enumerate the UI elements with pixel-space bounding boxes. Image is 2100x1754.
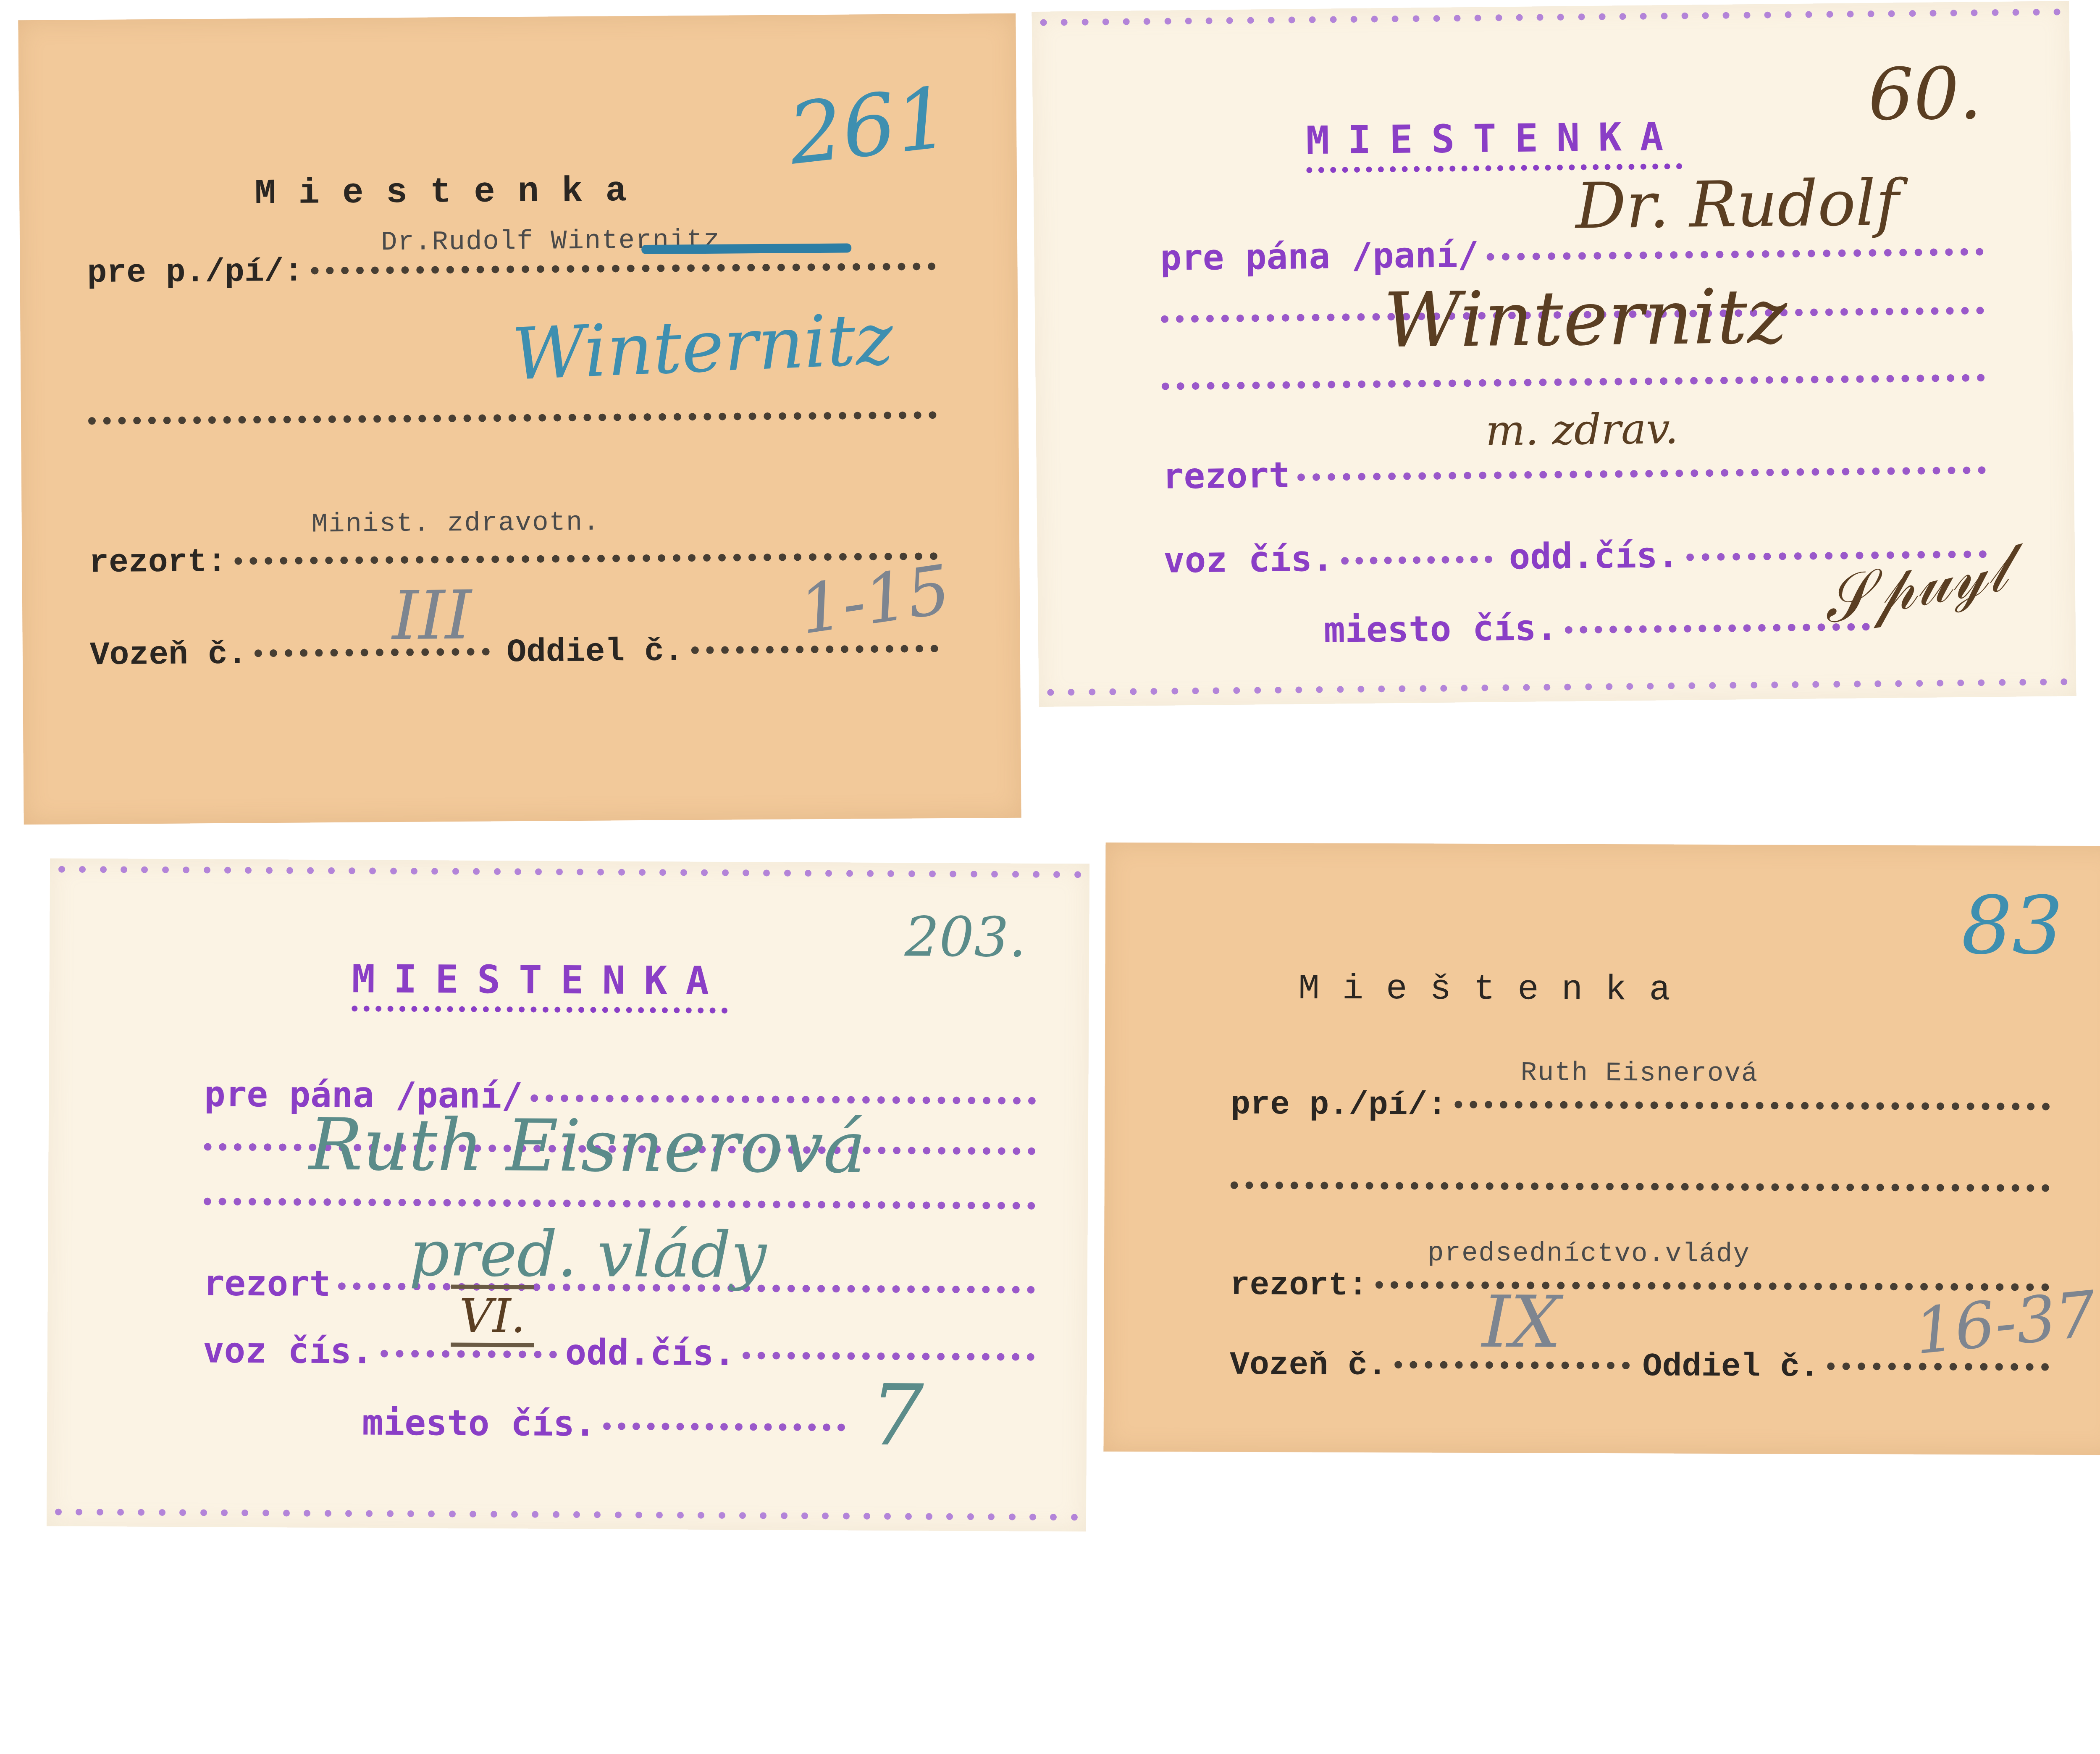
dotted-line (204, 1197, 1035, 1209)
handwritten-seat-number: 7 (870, 1367, 924, 1465)
perforation-dot (1420, 685, 1426, 692)
perforation-dot (349, 867, 355, 874)
perforation-dot (1785, 11, 1791, 18)
perforation-dot (843, 1512, 850, 1519)
perforation-dot (532, 1511, 538, 1518)
perforation-dot (1399, 685, 1405, 692)
seat-ticket-card-4: 83 Mieštenka pre p./pí/: Ruth Eisnerová … (1103, 843, 2100, 1455)
perforation-dot (553, 1511, 559, 1518)
perforation-dot (615, 1512, 622, 1518)
perforation-dot (390, 868, 397, 874)
perforation-dot (1957, 680, 1964, 686)
card-title: Miestenka (255, 171, 649, 214)
field-pre: pre p./pí/: (1231, 1087, 2050, 1126)
perforation-dot (387, 1510, 394, 1517)
perforation-dot (1929, 10, 1936, 16)
perforation-dot (1008, 1514, 1015, 1520)
perforation-dot (1647, 683, 1654, 690)
perforation-dot (1029, 1514, 1036, 1520)
perforation-dot (950, 871, 956, 877)
dotted-line (88, 411, 937, 425)
card-title: MIESTENKA (1306, 114, 1682, 173)
perforation-dot (511, 1511, 518, 1518)
perforation-dot (1012, 871, 1019, 878)
perforation-dot (718, 1512, 725, 1519)
perforation-dot (121, 866, 127, 873)
perforation-dot (224, 867, 231, 874)
perforation-dot (1681, 13, 1688, 19)
perforation-dot (1130, 688, 1137, 695)
perforation-dot (494, 868, 501, 875)
dotted-line (311, 263, 935, 274)
perforation-dot (283, 1510, 290, 1516)
perforation-dot (1874, 680, 1881, 687)
perforation-top (58, 866, 1081, 882)
field-label: pre p./pí/: (87, 254, 303, 292)
field-rezort: rezort (1162, 447, 1986, 497)
perforation-dot (221, 1510, 228, 1516)
typed-rezort: predsedníctvo.vlády (1428, 1238, 1750, 1270)
field-pre-continued (1231, 1187, 2050, 1198)
perforation-dot (1337, 686, 1344, 693)
perforation-dot (784, 870, 791, 877)
perforation-dot (739, 1512, 746, 1519)
perforation-dot (801, 1512, 808, 1519)
perforation-dot (1040, 19, 1047, 26)
perforation-dot (1213, 687, 1219, 694)
perforation-dot (556, 869, 563, 875)
perforation-dot (79, 866, 86, 873)
perforation-dot (1854, 680, 1861, 687)
perforation-dot (825, 870, 832, 877)
perforation-dot (2019, 679, 2026, 685)
seat-ticket-card-1: 261 Miestenka pre p./pí/: Dr.Rudolf Wint… (18, 13, 1021, 825)
perforation-dot (1047, 689, 1054, 696)
perforation-dot (2012, 9, 2019, 16)
perforation-dot (141, 866, 148, 873)
dotted-line (1297, 466, 1986, 481)
handwritten-name: Ruth Eisnerová (309, 1103, 866, 1189)
perforation-dot (1481, 685, 1488, 691)
perforation-dot (1792, 681, 1798, 688)
typed-rezort: Minist. zdravotn. (311, 508, 600, 540)
perforation-dot (1599, 13, 1605, 20)
perforation-dot (1640, 13, 1647, 20)
perforation-dot (100, 866, 107, 873)
card-number: 203. (904, 905, 1026, 969)
perforation-dot (1295, 686, 1302, 693)
perforation-dot (1992, 9, 1998, 16)
perforation-dot (1316, 686, 1323, 693)
perforation-dot (680, 869, 687, 876)
perforation-dot (1826, 11, 1833, 18)
perforation-dot (1516, 14, 1522, 21)
perforation-dot (1433, 15, 1440, 22)
field-label: voz čís. (1163, 538, 1334, 581)
field-label: miesto čís. (362, 1402, 596, 1444)
perforation-dot (1668, 683, 1675, 689)
dotted-line (1341, 556, 1492, 565)
card-number: 60. (1868, 52, 1982, 137)
perforation-dot (431, 868, 438, 874)
perforation-dot (1050, 1514, 1057, 1520)
perforation-dot (1033, 871, 1039, 878)
perforation-dot (2040, 679, 2047, 685)
perforation-dot (1847, 11, 1853, 17)
perforation-dot (805, 870, 811, 877)
perforation-dot (635, 1512, 642, 1518)
perforation-dot (1061, 19, 1068, 26)
perforation-dot (967, 1513, 974, 1520)
perforation-dot (1895, 680, 1902, 687)
perforation-dot (1074, 871, 1081, 878)
perforation-dot (1833, 681, 1840, 688)
perforation-dot (452, 868, 459, 875)
dotted-line (234, 552, 937, 565)
perforation-dot (887, 870, 894, 877)
perforation-dot (884, 1513, 891, 1520)
card-title: Mieštenka (1298, 969, 1693, 1010)
field-label: rezort: (89, 544, 227, 582)
perforation-dot (1185, 18, 1192, 24)
perforation-dot (1171, 688, 1178, 694)
perforation-dot (1412, 15, 1419, 22)
handwritten-name-line2: Winternitz (1383, 273, 1788, 365)
perforation-dot (988, 1513, 995, 1520)
perforation-dot (597, 869, 604, 875)
perforation-bottom (55, 1509, 1078, 1524)
perforation-dot (929, 870, 936, 877)
perforation-dot (1330, 16, 1336, 23)
perforation-dot (1771, 681, 1778, 688)
card-number: 83 (1961, 879, 2063, 972)
perforation-dot (514, 868, 521, 875)
perforation-dot (1102, 18, 1109, 25)
perforation-dot (577, 869, 583, 875)
perforation-dot (76, 1509, 82, 1515)
perforation-dot (1909, 10, 1916, 17)
perforation-dot (1578, 13, 1585, 20)
perforation-dot (1068, 689, 1075, 696)
perforation-dot (2061, 678, 2067, 685)
field-miesto: miesto čís. (362, 1402, 845, 1445)
perforation-bottom (1047, 678, 2068, 699)
card-title: MIESTENKA (352, 956, 727, 1014)
perforation-dot (1081, 19, 1088, 26)
perforation-dot (1937, 680, 1943, 686)
perforation-dot (1350, 16, 1357, 23)
perforation-dot (1502, 684, 1509, 691)
perforation-dot (1523, 684, 1530, 691)
handwritten-car-number: III (392, 576, 472, 655)
perforation-dot (241, 1510, 248, 1516)
perforation-dot (1999, 679, 2005, 686)
perforation-dot (1971, 9, 1978, 16)
field-label: Oddiel č. (1643, 1348, 1820, 1386)
perforation-dot (701, 869, 708, 876)
perforation-dot (1192, 688, 1199, 694)
perforation-dot (2054, 8, 2061, 15)
perforation-dot (991, 871, 998, 877)
perforation-dot (1709, 682, 1716, 689)
handwritten-rezort: pred. vlády (409, 1217, 767, 1292)
perforation-dot (1702, 12, 1709, 19)
field-label: rezort (1162, 454, 1290, 497)
perforation-dot (1461, 685, 1467, 691)
field-blank (1162, 380, 1985, 396)
perforation-dot (449, 1511, 456, 1518)
perforation-dot (411, 868, 417, 874)
perforation-dot (908, 870, 915, 877)
field-miesto: miesto čís. (1323, 604, 1870, 651)
perforation-top (1040, 8, 2061, 29)
perforation-dot (822, 1512, 829, 1519)
perforation-dot (345, 1510, 352, 1517)
perforation-dot (1109, 688, 1116, 695)
perforation-dot (971, 871, 977, 877)
perforation-dot (1371, 16, 1378, 22)
perforation-dot (1764, 12, 1771, 18)
perforation-dot (366, 1510, 373, 1517)
handwritten-name-line1: Dr. Rudolf (1575, 166, 1899, 243)
dotted-line (1565, 623, 1870, 634)
perforation-dot (97, 1509, 103, 1515)
perforation-dot (55, 1509, 62, 1515)
perforation-dot (1751, 682, 1757, 688)
perforation-dot (1151, 688, 1158, 695)
perforation-dot (159, 1509, 165, 1516)
perforation-dot (1978, 679, 1984, 686)
strikethrough-mark (641, 243, 851, 254)
dotted-line (1454, 1101, 2050, 1111)
perforation-dot (183, 866, 189, 873)
dotted-line (1231, 1182, 2050, 1192)
typed-name: Ruth Eisnerová (1521, 1058, 1759, 1089)
seat-ticket-card-3: 203. MIESTENKA pre pána /paní/ Ruth Eisn… (47, 859, 1089, 1532)
perforation-dot (656, 1512, 663, 1518)
perforation-dot (1730, 682, 1736, 688)
perforation-dot (162, 866, 169, 873)
perforation-dot (1620, 13, 1626, 20)
perforation-dot (200, 1509, 207, 1516)
perforation-dot (1247, 17, 1254, 24)
perforation-dot (1289, 16, 1295, 23)
field-label: rezort: (1230, 1267, 1368, 1305)
perforation-dot (1585, 683, 1592, 690)
perforation-dot (470, 1511, 476, 1518)
perforation-dot (846, 870, 853, 877)
dotted-line (1162, 374, 1985, 390)
perforation-dot (1806, 11, 1812, 18)
dotted-line (603, 1422, 845, 1431)
perforation-dot (428, 1510, 435, 1517)
perforation-dot (286, 867, 293, 874)
perforation-dot (325, 1510, 331, 1517)
perforation-dot (1888, 10, 1895, 17)
perforation-dot (138, 1509, 144, 1516)
perforation-dot (864, 1513, 870, 1520)
perforation-dot (304, 1510, 310, 1517)
handwritten-name: Winternitz (510, 297, 895, 396)
field-label: voz čís. (203, 1329, 373, 1371)
perforation-dot (867, 870, 874, 877)
perforation-dot (491, 1511, 497, 1518)
perforation-dot (1557, 14, 1564, 21)
perforation-dot (1164, 18, 1171, 25)
perforation-dot (1071, 1514, 1078, 1520)
field-label: rezort (203, 1262, 331, 1304)
perforation-dot (1440, 685, 1447, 692)
handwritten-car-number: VI. (451, 1285, 534, 1347)
dotted-line (530, 1095, 1036, 1105)
perforation-dot (266, 867, 273, 874)
perforation-dot (1053, 871, 1060, 878)
perforation-dot (1089, 688, 1095, 695)
dotted-line (381, 1350, 557, 1358)
perforation-dot (245, 867, 252, 874)
field-blank (204, 1203, 1035, 1215)
perforation-dot (1626, 683, 1633, 690)
perforation-dot (1144, 18, 1150, 25)
dotted-line (743, 1352, 1034, 1361)
perforation-dot (1268, 17, 1274, 24)
perforation-dot (262, 1510, 269, 1516)
field-label: odd.čís. (1509, 534, 1679, 577)
perforation-dot (639, 869, 646, 876)
perforation-dot (1392, 16, 1399, 22)
card-number: 261 (784, 69, 954, 184)
perforation-dot (1537, 14, 1543, 21)
perforation-dot (781, 1512, 787, 1519)
perforation-dot (1378, 685, 1385, 692)
perforation-dot (204, 866, 210, 873)
perforation-dot (1254, 687, 1261, 693)
perforation-dot (946, 1513, 953, 1520)
perforation-dot (659, 869, 666, 876)
perforation-dot (698, 1512, 704, 1519)
field-label: pre p./pí/: (1231, 1087, 1447, 1124)
perforation-dot (535, 869, 542, 875)
perforation-dot (905, 1513, 912, 1520)
perforation-dot (1661, 13, 1667, 19)
perforation-dot (1454, 15, 1461, 21)
perforation-dot (117, 1509, 124, 1515)
perforation-dot (1495, 14, 1502, 21)
perforation-dot (1123, 18, 1130, 25)
perforation-dot (1309, 16, 1316, 23)
perforation-dot (407, 1510, 414, 1517)
field-label: Oddiel č. (507, 633, 684, 671)
perforation-dot (1275, 687, 1281, 693)
field-label: Vozeň č. (1230, 1347, 1387, 1384)
perforation-dot (722, 869, 728, 876)
field-label: Vozeň č. (90, 636, 247, 675)
perforation-dot (58, 866, 65, 873)
perforation-dot (1688, 683, 1695, 689)
field-label: odd.čís. (565, 1331, 735, 1373)
perforation-dot (1234, 687, 1240, 694)
perforation-dot (1564, 684, 1571, 691)
perforation-dot (307, 867, 314, 874)
perforation-dot (677, 1512, 684, 1518)
perforation-dot (1916, 680, 1923, 687)
perforation-dot (1357, 686, 1364, 693)
perforation-dot (1812, 681, 1819, 688)
perforation-dot (573, 1511, 580, 1518)
perforation-dot (760, 1512, 766, 1519)
handwritten-car-number: IX (1482, 1281, 1561, 1364)
perforation-dot (1743, 12, 1750, 18)
perforation-dot (1475, 15, 1481, 21)
perforation-dot (2033, 9, 2040, 16)
perforation-dot (1950, 10, 1957, 16)
perforation-dot (594, 1511, 601, 1518)
perforation-dot (1867, 11, 1874, 17)
perforation-dot (1606, 683, 1612, 690)
perforation-dot (618, 869, 625, 876)
perforation-dot (926, 1513, 932, 1520)
dotted-line (1375, 1281, 2049, 1291)
perforation-dot (763, 869, 770, 876)
dotted-line (1486, 248, 1984, 260)
perforation-dot (328, 867, 335, 874)
perforation-dot (1226, 17, 1233, 24)
perforation-dot (743, 869, 749, 876)
perforation-dot (369, 868, 376, 874)
perforation-dot (473, 868, 480, 875)
perforation-dot (179, 1509, 186, 1516)
field-label: pre pána /paní/ (1160, 234, 1479, 278)
perforation-dot (1543, 684, 1550, 691)
field-pre-continued (88, 417, 937, 431)
perforation-dot (1723, 12, 1730, 19)
perforation-dot (1206, 17, 1213, 24)
handwritten-rezort: m. zdrav. (1485, 404, 1678, 455)
seat-ticket-card-2: 60. MIESTENKA pre pána /paní/ Dr. Rudolf… (1032, 1, 2076, 707)
field-label: miesto čís. (1323, 607, 1557, 651)
